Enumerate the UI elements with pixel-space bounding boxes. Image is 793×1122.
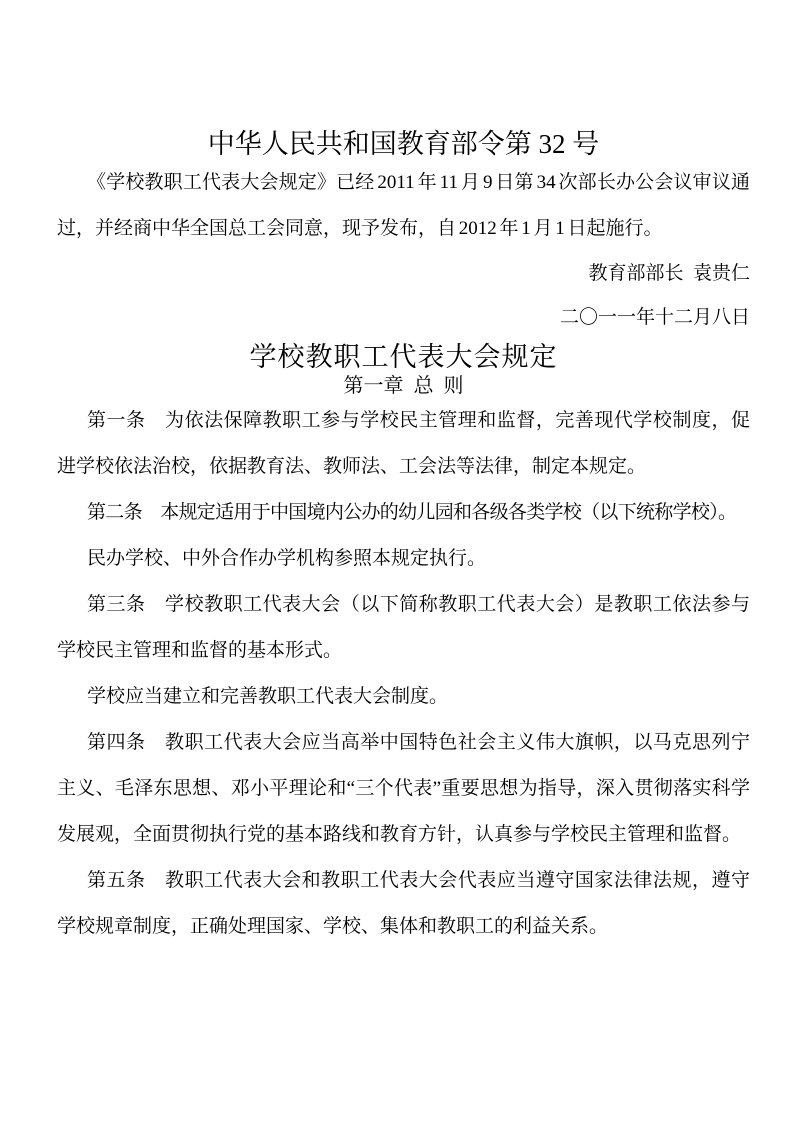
article-paragraph-3: 第三条 学校教职工代表大会（以下简称教职工代表大会）是教职工依法参与学校民主管理… <box>57 582 750 674</box>
article-paragraph-4: 第四条 教职工代表大会应当高举中国特色社会主义伟大旗帜，以马克思列宁主义、毛泽东… <box>57 720 750 858</box>
signer-line: 教育部部长 袁贵仁 <box>57 252 750 296</box>
article-paragraph-1: 第一条 为依法保障教职工参与学校民主管理和监督，完善现代学校制度，促进学校依法治… <box>57 398 750 490</box>
order-title: 中华人民共和国教育部令第 32 号 <box>57 128 750 160</box>
regulation-title: 学校教职工代表大会规定 <box>57 340 750 374</box>
article-paragraph-3-continued: 学校应当建立和完善教职工代表大会制度。 <box>57 674 750 720</box>
document-page: 中华人民共和国教育部令第 32 号 《学校教职工代表大会规定》已经 2011 年… <box>0 0 793 1122</box>
article-paragraph-5: 第五条 教职工代表大会和教职工代表大会代表应当遵守国家法律法规，遵守学校规章制度… <box>57 858 750 950</box>
article-paragraph-2: 第二条 本规定适用于中国境内公办的幼儿园和各级各类学校（以下统称学校）。 <box>57 490 750 536</box>
date-line: 二〇一一年十二月八日 <box>57 296 750 340</box>
chapter-heading: 第一章 总 则 <box>57 374 750 398</box>
article-paragraph-2-continued: 民办学校、中外合作办学机构参照本规定执行。 <box>57 536 750 582</box>
preamble-paragraph: 《学校教职工代表大会规定》已经 2011 年 11 月 9 日第 34 次部长办… <box>57 160 750 252</box>
articles-section: 第一条 为依法保障教职工参与学校民主管理和监督，完善现代学校制度，促进学校依法治… <box>57 398 750 950</box>
